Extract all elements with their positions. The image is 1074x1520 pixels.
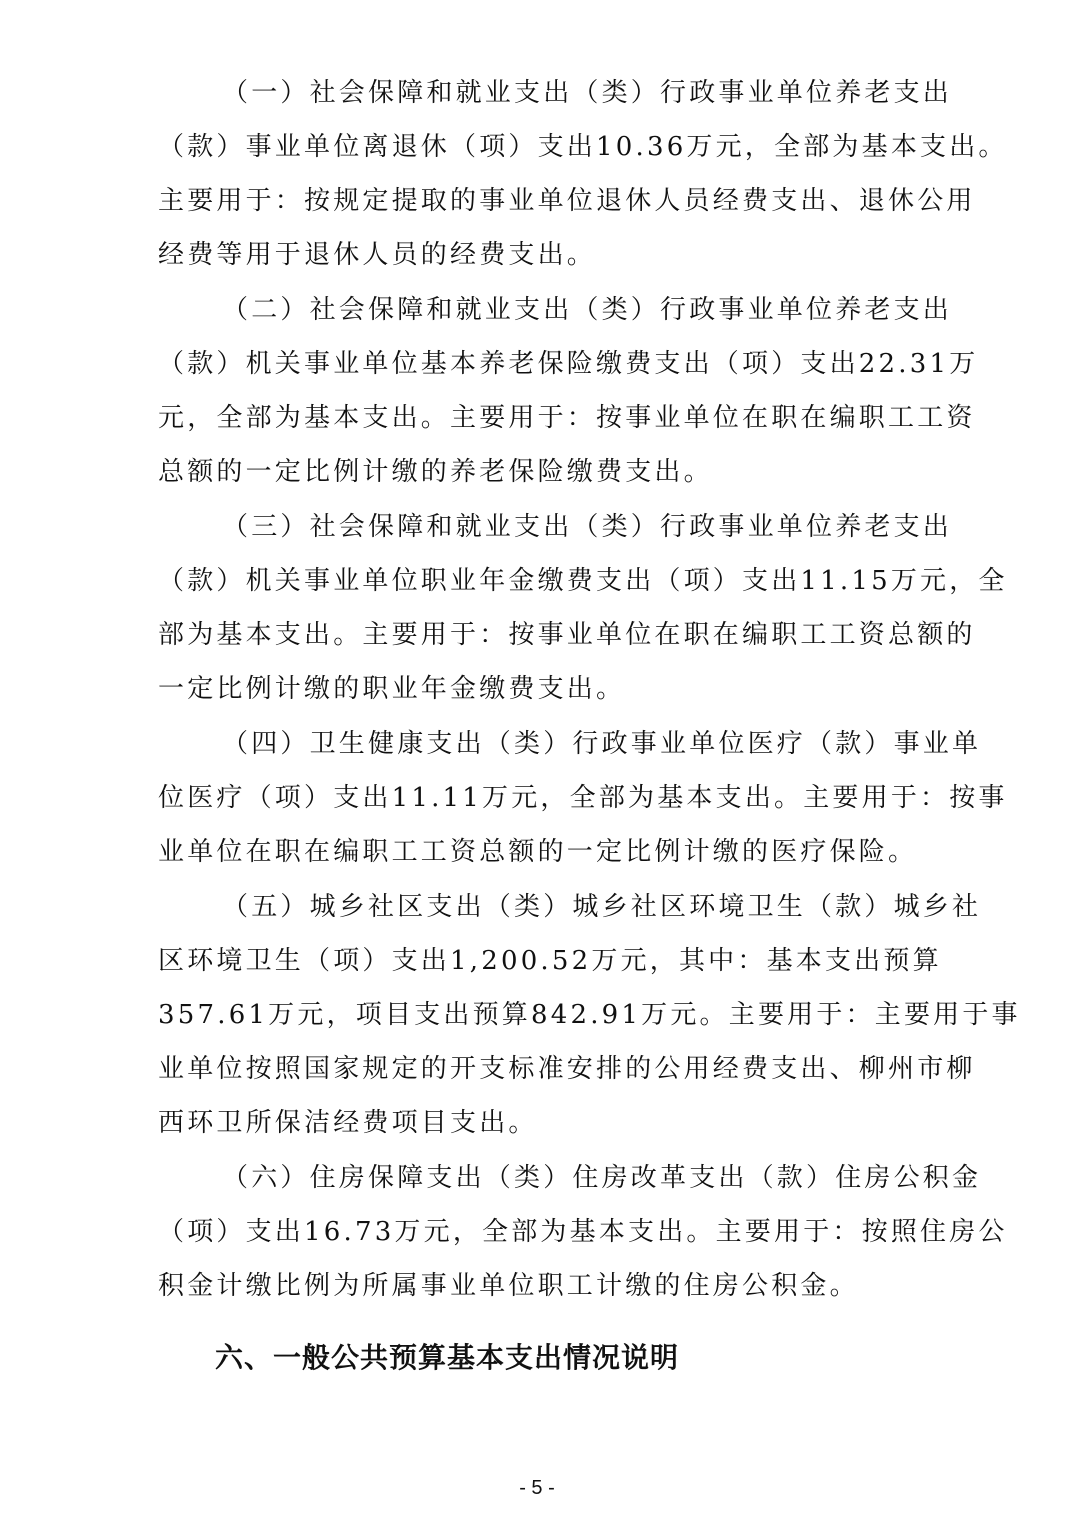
paragraph-3-line-2: （款）机关事业单位职业年金缴费支出（项）支出11.15万元，全 [158,564,928,598]
document-page: （一）社会保障和就业支出（类）行政事业单位养老支出 （款）事业单位离退休（项）支… [0,0,1074,1520]
paragraph-1-line-4: 经费等用于退休人员的经费支出。 [158,238,928,272]
paragraph-3-line-4: 一定比例计缴的职业年金缴费支出。 [158,672,928,706]
paragraph-5-line-1: （五）城乡社区支出（类）城乡社区环境卫生（款）城乡社 [222,890,928,924]
paragraph-1-line-1: （一）社会保障和就业支出（类）行政事业单位养老支出 [222,76,928,110]
paragraph-6-line-1: （六）住房保障支出（类）住房改革支出（款）住房公积金 [222,1161,928,1195]
section-heading: 六、一般公共预算基本支出情况说明 [215,1340,679,1376]
paragraph-1-line-2: （款）事业单位离退休（项）支出10.36万元，全部为基本支出。 [158,130,928,164]
paragraph-6-line-3: 积金计缴比例为所属事业单位职工计缴的住房公积金。 [158,1269,928,1303]
paragraph-4-line-1: （四）卫生健康支出（类）行政事业单位医疗（款）事业单 [222,727,928,761]
paragraph-1-line-3: 主要用于：按规定提取的事业单位退休人员经费支出、退休公用 [158,184,928,218]
paragraph-4-line-3: 业单位在职在编职工工资总额的一定比例计缴的医疗保险。 [158,835,928,869]
page-number: - 5 - [0,1476,1074,1500]
paragraph-2-line-2: （款）机关事业单位基本养老保险缴费支出（项）支出22.31万 [158,347,928,381]
paragraph-5-line-3: 357.61万元，项目支出预算842.91万元。主要用于：主要用于事 [158,998,928,1032]
paragraph-5-line-4: 业单位按照国家规定的开支标准安排的公用经费支出、柳州市柳 [158,1052,928,1086]
paragraph-3-line-3: 部为基本支出。主要用于：按事业单位在职在编职工工资总额的 [158,618,928,652]
paragraph-5-line-5: 西环卫所保洁经费项目支出。 [158,1106,928,1140]
paragraph-4-line-2: 位医疗（项）支出11.11万元，全部为基本支出。主要用于：按事 [158,781,928,815]
paragraph-2-line-4: 总额的一定比例计缴的养老保险缴费支出。 [158,455,928,489]
paragraph-2-line-1: （二）社会保障和就业支出（类）行政事业单位养老支出 [222,293,928,327]
paragraph-5-line-2: 区环境卫生（项）支出1,200.52万元，其中：基本支出预算 [158,944,928,978]
paragraph-6-line-2: （项）支出16.73万元，全部为基本支出。主要用于：按照住房公 [158,1215,928,1249]
paragraph-3-line-1: （三）社会保障和就业支出（类）行政事业单位养老支出 [222,510,928,544]
paragraph-2-line-3: 元，全部为基本支出。主要用于：按事业单位在职在编职工工资 [158,401,928,435]
